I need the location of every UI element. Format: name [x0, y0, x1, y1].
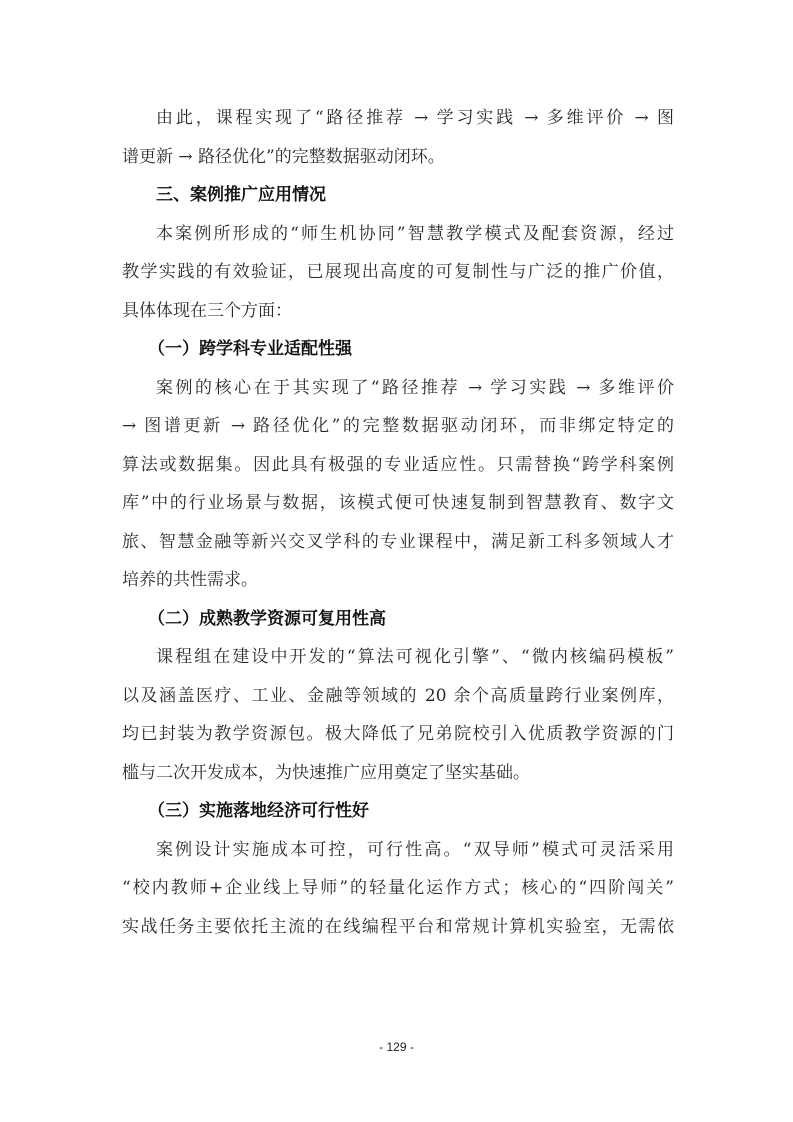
paragraph-line: 课程组在建设中开发的“算法可视化引擎”、“微内核编码模板” — [122, 638, 674, 677]
subsection-heading: （一）跨学科专业适配性强 — [122, 330, 674, 369]
section-heading: 三、案例推广应用情况 — [122, 176, 674, 215]
paragraph-line: 本案例所形成的“师生机协同”智慧教学模式及配套资源，经过 — [122, 215, 674, 254]
paragraph-line: 谱更新 → 路径优化”的完整数据驱动闭环。 — [122, 138, 674, 177]
paragraph-line: 算法或数据集。因此具有极强的专业适应性。只需替换“跨学科案例 — [122, 446, 674, 485]
document-page: 由此，课程实现了“路径推荐 → 学习实践 → 多维评价 → 图 谱更新 → 路径… — [0, 0, 793, 1122]
paragraph-line: 槛与二次开发成本，为快速推广应用奠定了坚实基础。 — [122, 754, 674, 793]
paragraph-line: 案例的核心在于其实现了“路径推荐 → 学习实践 → 多维评价 — [122, 369, 674, 408]
paragraph-line: → 图谱更新 → 路径优化”的完整数据驱动闭环，而非绑定特定的 — [122, 407, 674, 446]
paragraph-line: 均已封装为教学资源包。极大降低了兄弟院校引入优质教学资源的门 — [122, 715, 674, 754]
paragraph-line: “校内教师+企业线上导师”的轻量化运作方式；核心的“四阶闯关” — [122, 869, 674, 908]
paragraph-line: 实战任务主要依托主流的在线编程平台和常规计算机实验室，无需依 — [122, 908, 674, 947]
paragraph-line: 旅、智慧金融等新兴交叉学科的专业课程中，满足新工科多领域人才 — [122, 523, 674, 562]
paragraph-line: 库”中的行业场景与数据，该模式便可快速复制到智慧教育、数字文 — [122, 484, 674, 523]
page-content: 由此，课程实现了“路径推荐 → 学习实践 → 多维评价 → 图 谱更新 → 路径… — [122, 99, 674, 946]
paragraph-line: 由此，课程实现了“路径推荐 → 学习实践 → 多维评价 → 图 — [122, 99, 674, 138]
subsection-heading: （二）成熟教学资源可复用性高 — [122, 600, 674, 639]
paragraph-line: 具体体现在三个方面： — [122, 292, 674, 331]
paragraph-line: 教学实践的有效验证，已展现出高度的可复制性与广泛的推广价值， — [122, 253, 674, 292]
subsection-heading: （三）实施落地经济可行性好 — [122, 792, 674, 831]
paragraph-line: 培养的共性需求。 — [122, 561, 674, 600]
paragraph-line: 以及涵盖医疗、工业、金融等领域的 20 余个高质量跨行业案例库， — [122, 677, 674, 716]
page-number: - 129 - — [0, 1040, 793, 1054]
paragraph-line: 案例设计实施成本可控，可行性高。“双导师”模式可灵活采用 — [122, 831, 674, 870]
